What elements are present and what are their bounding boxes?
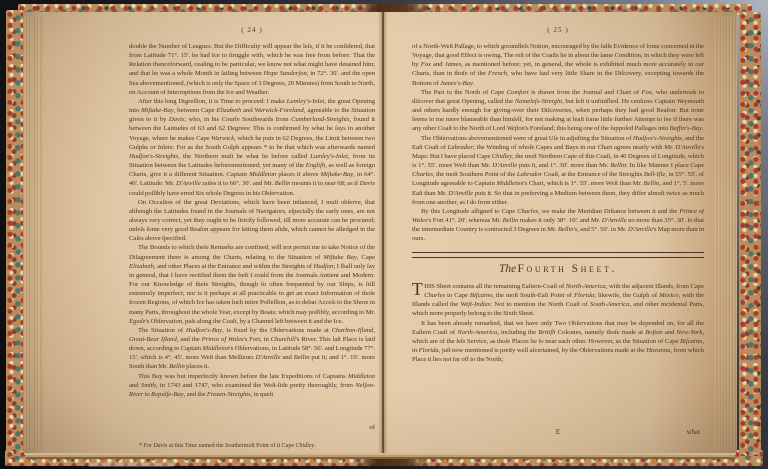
left-page-footnote: * For Davis at this Time named the South… [129, 443, 385, 449]
section-heading: The Fourth Sheet. [412, 265, 704, 275]
right-page-catchword: what [687, 429, 700, 436]
credit-watermark [88, 463, 174, 467]
section-body-text: THIS Sheet contains all the remaining Ea… [412, 282, 704, 364]
book-right-marbled-edge [739, 12, 761, 456]
paragraph: On Occaſion of the great Deviations, whi… [129, 198, 375, 244]
paragraph: THIS Sheet contains all the remaining Ea… [412, 282, 704, 319]
section-divider-rule [412, 252, 704, 257]
section-heading-title: Fourth Sheet. [517, 263, 617, 275]
left-page-catchword: of [369, 424, 375, 431]
paragraph: This Bay was but imperfectly known befor… [129, 372, 375, 399]
paragraph: of a North-Weſt Paſſage, to which ground… [412, 42, 704, 88]
right-page-number: ( 25 ) [412, 26, 704, 34]
signature-mark: E [412, 429, 704, 436]
paragraph: The Part to the North of Cape Comfort is… [412, 88, 704, 134]
photo-background: ( 24 ) double the Number of Leagues. But… [0, 0, 768, 469]
right-page-text: of a North-Weſt Paſſage, to which ground… [412, 42, 704, 434]
section-heading-the: The [499, 263, 516, 275]
book-gutter [378, 12, 388, 453]
paragraph: By this Longitude aſſigned to Cape Charl… [412, 207, 704, 244]
paragraph: The Bounds to which theſe Remarks are co… [129, 243, 375, 325]
book-left-marbled-edge [6, 10, 23, 456]
drop-cap: T [412, 282, 424, 298]
left-page: ( 24 ) double the Number of Leagues. But… [23, 12, 383, 453]
paragraph: The Obſervations abovementioned were of … [412, 134, 704, 207]
right-page-upper-text: of a North-Weſt Paſſage, to which ground… [412, 42, 704, 243]
paragraph: After this long Digreſſion, it is Time t… [129, 97, 375, 198]
signature-row: E what [412, 429, 704, 438]
paragraph: It has been already remarked, that we ha… [412, 319, 704, 365]
paragraph: double the Number of Leagues. But the Di… [129, 42, 375, 97]
left-page-number: ( 24 ) [129, 26, 375, 34]
open-book-pages: ( 24 ) double the Number of Leagues. But… [23, 12, 737, 453]
paragraph: The Situation of Hudſon's-Bay, is fixed … [129, 326, 375, 372]
right-page: ( 25 ) of a North-Weſt Paſſage, to which… [383, 12, 737, 453]
left-page-text: double the Number of Leagues. But the Di… [129, 42, 375, 430]
